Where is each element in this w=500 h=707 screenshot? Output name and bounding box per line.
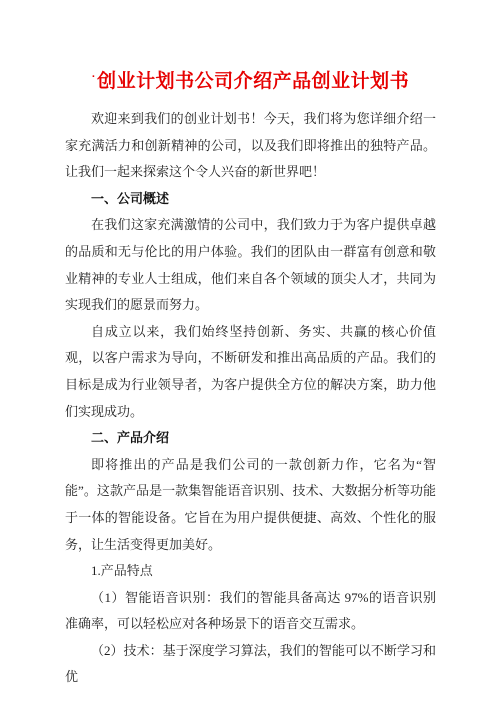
paragraph-feature-voice-recognition: （1）智能语音识别：我们的智能具备高达 97%的语音识别准确率，可以轻松应对各种… <box>65 585 436 638</box>
paragraph-intro: 欢迎来到我们的创业计划书！今天，我们将为您详细介绍一家充满活力和创新精神的公司，… <box>65 106 436 186</box>
title-dot: · <box>92 71 96 83</box>
heading-company-overview: 一、公司概述 <box>65 186 436 213</box>
doc-title: ·创业计划书公司介绍产品创业计划书 <box>65 62 436 97</box>
heading-product-intro: 二、产品介绍 <box>65 425 436 452</box>
paragraph-company-quality: 在我们这家充满激情的公司中，我们致力于为客户提供卓越的品质和无与伦比的用户体验。… <box>65 212 436 318</box>
doc-title-text: 创业计划书公司介绍产品创业计划书 <box>97 71 409 92</box>
subheading-product-features: 1.产品特点 <box>65 558 436 585</box>
paragraph-company-values: 自成立以来，我们始终坚持创新、务实、共赢的核心价值观，以客户需求为导向，不断研发… <box>65 319 436 425</box>
paragraph-product-overview: 即将推出的产品是我们公司的一款创新力作，它名为“智能”。这款产品是一款集智能语音… <box>65 452 436 558</box>
paragraph-feature-technology: （2）技术：基于深度学习算法，我们的智能可以不断学习和优 <box>65 638 436 691</box>
document-page: ·创业计划书公司介绍产品创业计划书 欢迎来到我们的创业计划书！今天，我们将为您详… <box>0 0 500 707</box>
